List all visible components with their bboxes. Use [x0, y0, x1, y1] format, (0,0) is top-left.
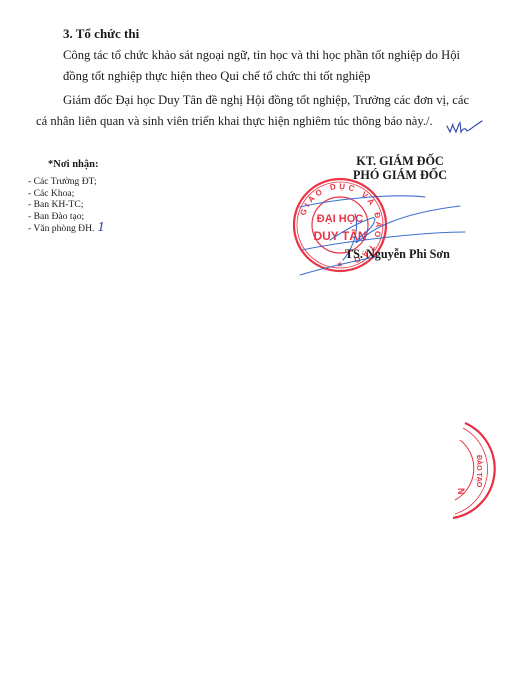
edge-seal-text: ĐÀO TẠO: [475, 455, 484, 488]
initials-mark: [447, 121, 482, 132]
edge-seal: ĐÀO TẠO N: [453, 423, 495, 518]
ink-overlay: GIÁO DỤC VÀ ĐÀO TẠO ĐẠI HỌC DUY TÂN ★ ĐÀ…: [0, 0, 518, 676]
signer-name: TS. Nguyễn Phi Sơn: [345, 247, 450, 262]
svg-text:N: N: [456, 488, 466, 495]
